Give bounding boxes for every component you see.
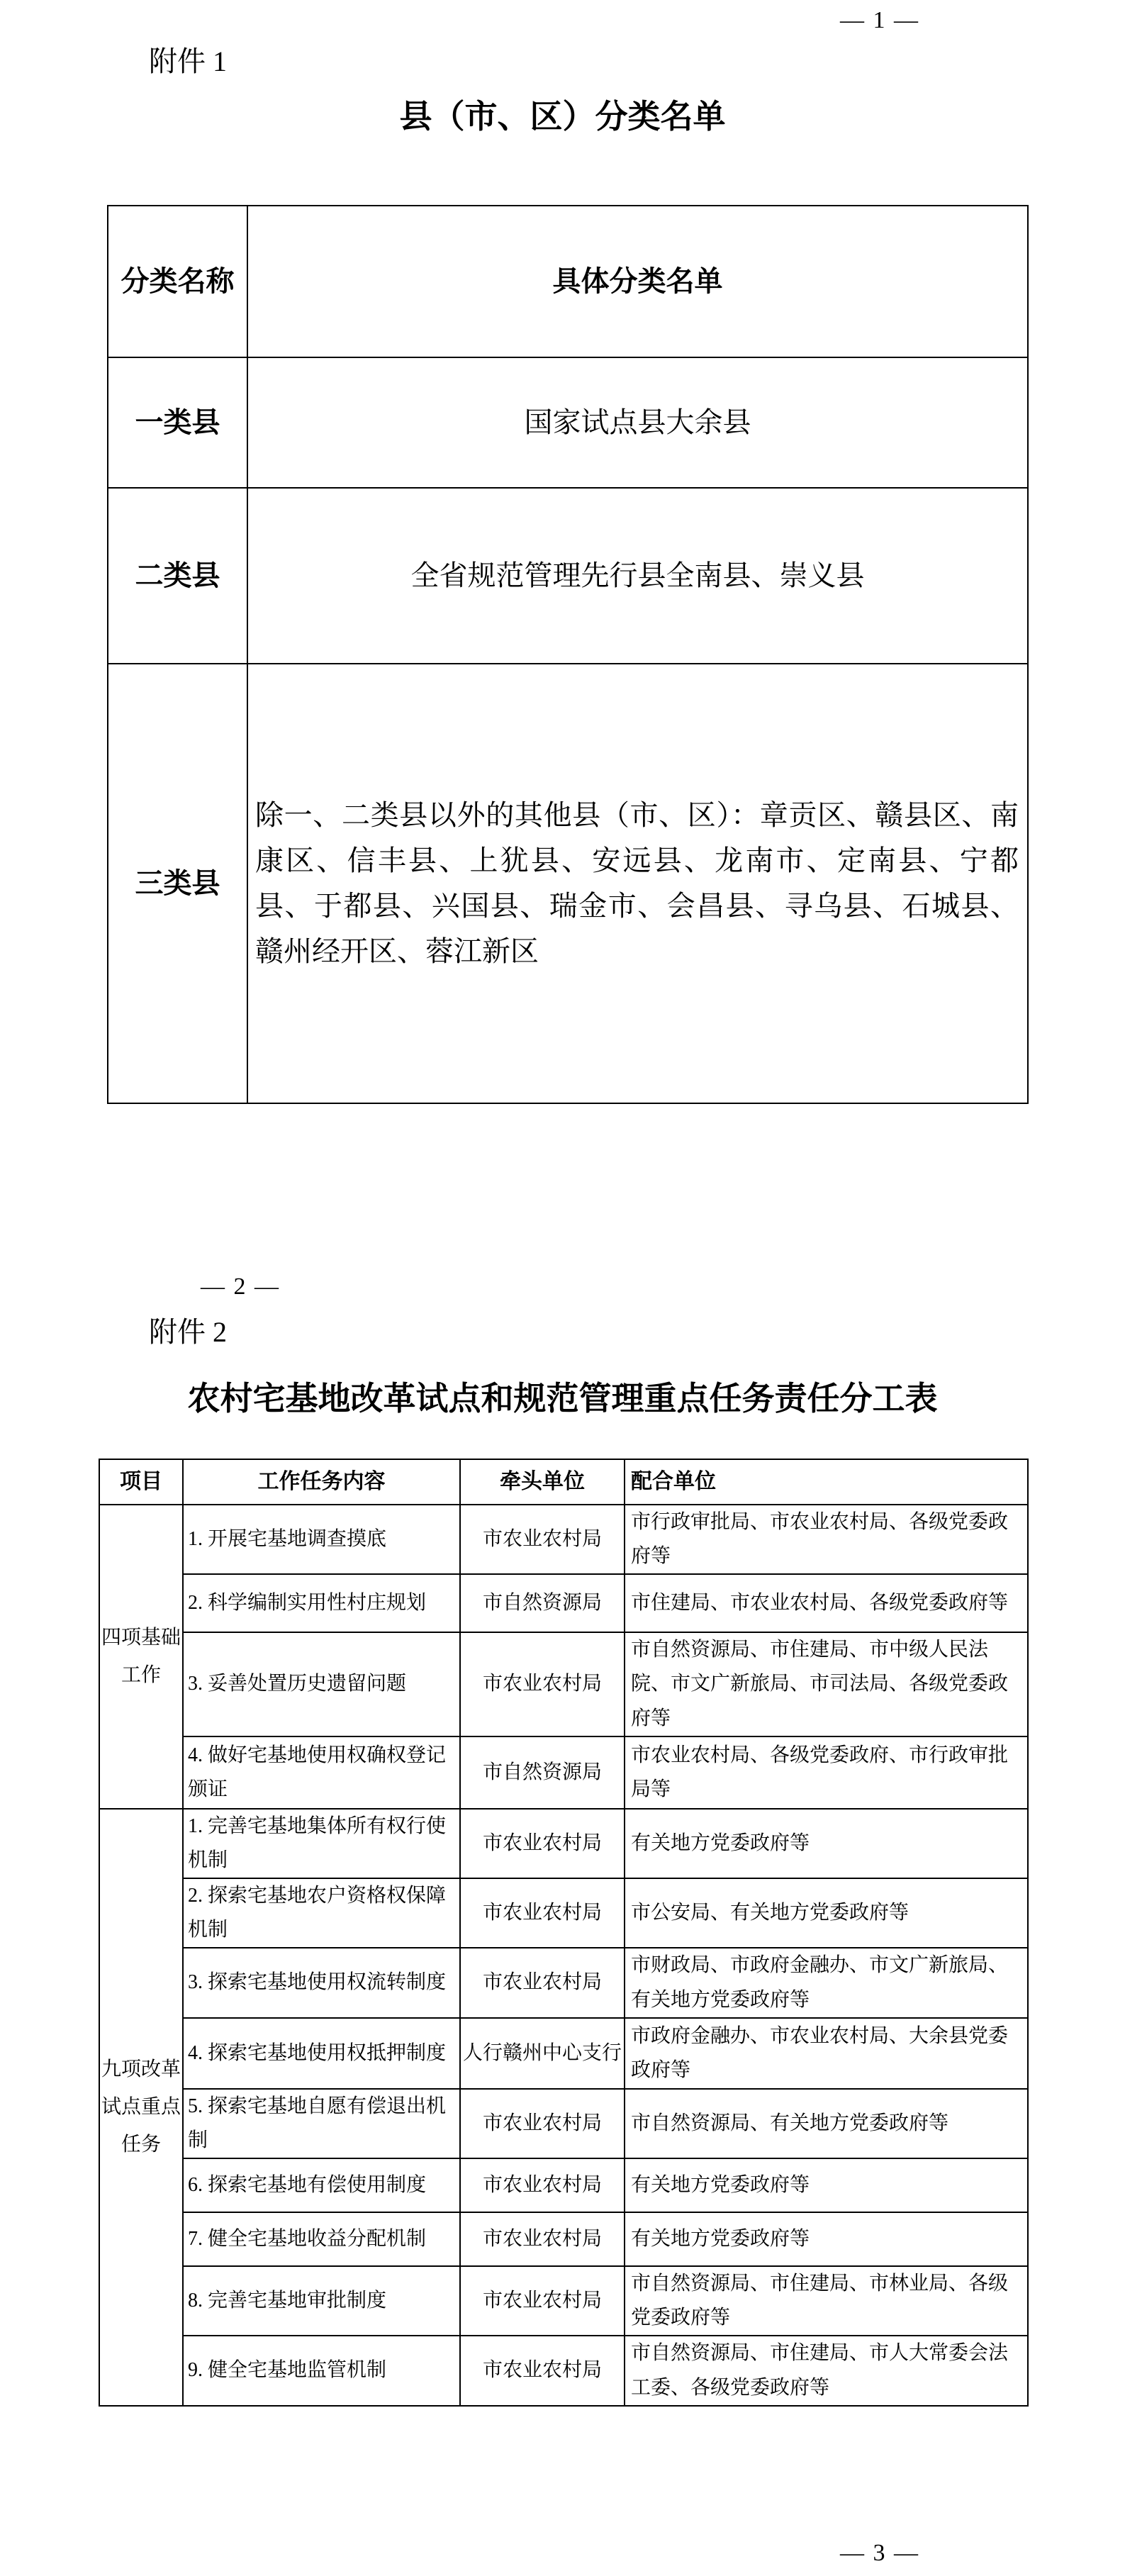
document-page: — 1 — 附件 1 县（市、区）分类名单 分类名称 具体分类名单 一类县 国家…	[0, 0, 1125, 2576]
class-3-label: 三类县	[108, 664, 247, 1103]
co-unit-cell: 市自然资源局、市住建局、市人大常委会法工委、各级党委政府等	[625, 2336, 1028, 2405]
co-unit-cell: 有关地方党委政府等	[625, 2158, 1028, 2212]
task-cell: 7. 健全宅基地收益分配机制	[183, 2212, 460, 2266]
classification-table: 分类名称 具体分类名单 一类县 国家试点县大余县 二类县 全省规范管理先行县全南…	[107, 205, 1029, 1104]
co-unit-cell: 市公安局、有关地方党委政府等	[625, 1878, 1028, 1948]
class-3-content: 除一、二类县以外的其他县（市、区）：章贡区、赣县区、南康区、信丰县、上犹县、安远…	[247, 664, 1028, 1103]
task-cell: 4. 做好宅基地使用权确权登记颁证	[183, 1736, 460, 1809]
task-cell: 1. 开展宅基地调查摸底	[183, 1505, 460, 1574]
task-cell: 6. 探索宅基地有偿使用制度	[183, 2158, 460, 2212]
lead-unit-cell: 市农业农村局	[460, 2266, 625, 2336]
classification-list-header: 具体分类名单	[247, 206, 1028, 357]
task-cell: 3. 妥善处置历史遗留问题	[183, 1632, 460, 1736]
task-row: 4. 做好宅基地使用权确权登记颁证 市自然资源局 市农业农村局、各级党委政府、市…	[99, 1736, 1028, 1809]
lead-unit-cell: 市自然资源局	[460, 1736, 625, 1809]
task-row: 6. 探索宅基地有偿使用制度 市农业农村局 有关地方党委政府等	[99, 2158, 1028, 2212]
lead-unit-cell: 人行赣州中心支行	[460, 2018, 625, 2089]
task-row: 2. 科学编制实用性村庄规划 市自然资源局 市住建局、市农业农村局、各级党委政府…	[99, 1574, 1028, 1632]
task-cell: 5. 探索宅基地自愿有偿退出机制	[183, 2089, 460, 2158]
lead-unit-cell: 市自然资源局	[460, 1574, 625, 1632]
lead-unit-cell: 市农业农村局	[460, 2089, 625, 2158]
co-unit-cell: 市自然资源局、市住建局、市中级人民法院、市文广新旅局、市司法局、各级党委政府等	[625, 1632, 1028, 1736]
task-row: 9. 健全宅基地监管机制 市农业农村局 市自然资源局、市住建局、市人大常委会法工…	[99, 2336, 1028, 2405]
lead-unit-cell: 市农业农村局	[460, 2158, 625, 2212]
lead-unit-cell: 市农业农村局	[460, 1809, 625, 1878]
attachment-1-label: 附件 1	[149, 45, 227, 78]
section-1-project-label: 四项基础工作	[99, 1505, 183, 1809]
task-cell: 4. 探索宅基地使用权抵押制度	[183, 2018, 460, 2089]
page-number-2: — 2 —	[201, 1273, 280, 1300]
task-cell: 3. 探索宅基地使用权流转制度	[183, 1948, 460, 2017]
table-row: 二类县 全省规范管理先行县全南县、崇义县	[108, 488, 1028, 664]
task-row: 四项基础工作 1. 开展宅基地调查摸底 市农业农村局 市行政审批局、市农业农村局…	[99, 1505, 1028, 1574]
task-row: 5. 探索宅基地自愿有偿退出机制 市农业农村局 市自然资源局、有关地方党委政府等	[99, 2089, 1028, 2158]
lead-unit-cell: 市农业农村局	[460, 1505, 625, 1574]
project-header: 项目	[99, 1459, 183, 1505]
task-row: 3. 探索宅基地使用权流转制度 市农业农村局 市财政局、市政府金融办、市文广新旅…	[99, 1948, 1028, 2017]
class-2-label: 二类县	[108, 488, 247, 664]
attachment-2-title: 农村宅基地改革试点和规范管理重点任务责任分工表	[0, 1378, 1125, 1420]
lead-unit-cell: 市农业农村局	[460, 1632, 625, 1736]
lead-unit-cell: 市农业农村局	[460, 2212, 625, 2266]
lead-unit-header: 牵头单位	[460, 1459, 625, 1505]
task-cell: 1. 完善宅基地集体所有权行使机制	[183, 1809, 460, 1878]
classification-table-header-row: 分类名称 具体分类名单	[108, 206, 1028, 357]
co-unit-cell: 市农业农村局、各级党委政府、市行政审批局等	[625, 1736, 1028, 1809]
task-header: 工作任务内容	[183, 1459, 460, 1505]
task-cell: 8. 完善宅基地审批制度	[183, 2266, 460, 2336]
page-number-1: — 1 —	[840, 7, 919, 33]
table-row: 三类县 除一、二类县以外的其他县（市、区）：章贡区、赣县区、南康区、信丰县、上犹…	[108, 664, 1028, 1103]
co-unit-header: 配合单位	[625, 1459, 1028, 1505]
section-2-project-label: 九项改革试点重点任务	[99, 1809, 183, 2406]
lead-unit-cell: 市农业农村局	[460, 1948, 625, 2017]
task-row: 4. 探索宅基地使用权抵押制度 人行赣州中心支行 市政府金融办、市农业农村局、大…	[99, 2018, 1028, 2089]
lead-unit-cell: 市农业农村局	[460, 1878, 625, 1948]
classification-name-header: 分类名称	[108, 206, 247, 357]
co-unit-cell: 市财政局、市政府金融办、市文广新旅局、有关地方党委政府等	[625, 1948, 1028, 2017]
table-row: 一类县 国家试点县大余县	[108, 357, 1028, 488]
co-unit-cell: 市政府金融办、市农业农村局、大余县党委政府等	[625, 2018, 1028, 2089]
task-row: 7. 健全宅基地收益分配机制 市农业农村局 有关地方党委政府等	[99, 2212, 1028, 2266]
class-1-label: 一类县	[108, 357, 247, 488]
task-cell: 2. 探索宅基地农户资格权保障机制	[183, 1878, 460, 1948]
co-unit-cell: 市行政审批局、市农业农村局、各级党委政府等	[625, 1505, 1028, 1574]
task-cell: 2. 科学编制实用性村庄规划	[183, 1574, 460, 1632]
co-unit-cell: 有关地方党委政府等	[625, 2212, 1028, 2266]
lead-unit-cell: 市农业农村局	[460, 2336, 625, 2405]
class-1-content: 国家试点县大余县	[247, 357, 1028, 488]
task-row: 3. 妥善处置历史遗留问题 市农业农村局 市自然资源局、市住建局、市中级人民法院…	[99, 1632, 1028, 1736]
co-unit-cell: 市自然资源局、市住建局、市林业局、各级党委政府等	[625, 2266, 1028, 2336]
attachment-1-title: 县（市、区）分类名单	[0, 96, 1125, 138]
task-row: 8. 完善宅基地审批制度 市农业农村局 市自然资源局、市住建局、市林业局、各级党…	[99, 2266, 1028, 2336]
task-row: 九项改革试点重点任务 1. 完善宅基地集体所有权行使机制 市农业农村局 有关地方…	[99, 1809, 1028, 1878]
tasks-table-header-row: 项目 工作任务内容 牵头单位 配合单位	[99, 1459, 1028, 1505]
page-number-3: — 3 —	[840, 2540, 919, 2566]
co-unit-cell: 市自然资源局、有关地方党委政府等	[625, 2089, 1028, 2158]
co-unit-cell: 有关地方党委政府等	[625, 1809, 1028, 1878]
task-row: 2. 探索宅基地农户资格权保障机制 市农业农村局 市公安局、有关地方党委政府等	[99, 1878, 1028, 1948]
attachment-2-label: 附件 2	[149, 1316, 227, 1349]
tasks-table: 项目 工作任务内容 牵头单位 配合单位 四项基础工作 1. 开展宅基地调查摸底 …	[99, 1459, 1029, 2407]
co-unit-cell: 市住建局、市农业农村局、各级党委政府等	[625, 1574, 1028, 1632]
task-cell: 9. 健全宅基地监管机制	[183, 2336, 460, 2405]
class-2-content: 全省规范管理先行县全南县、崇义县	[247, 488, 1028, 664]
